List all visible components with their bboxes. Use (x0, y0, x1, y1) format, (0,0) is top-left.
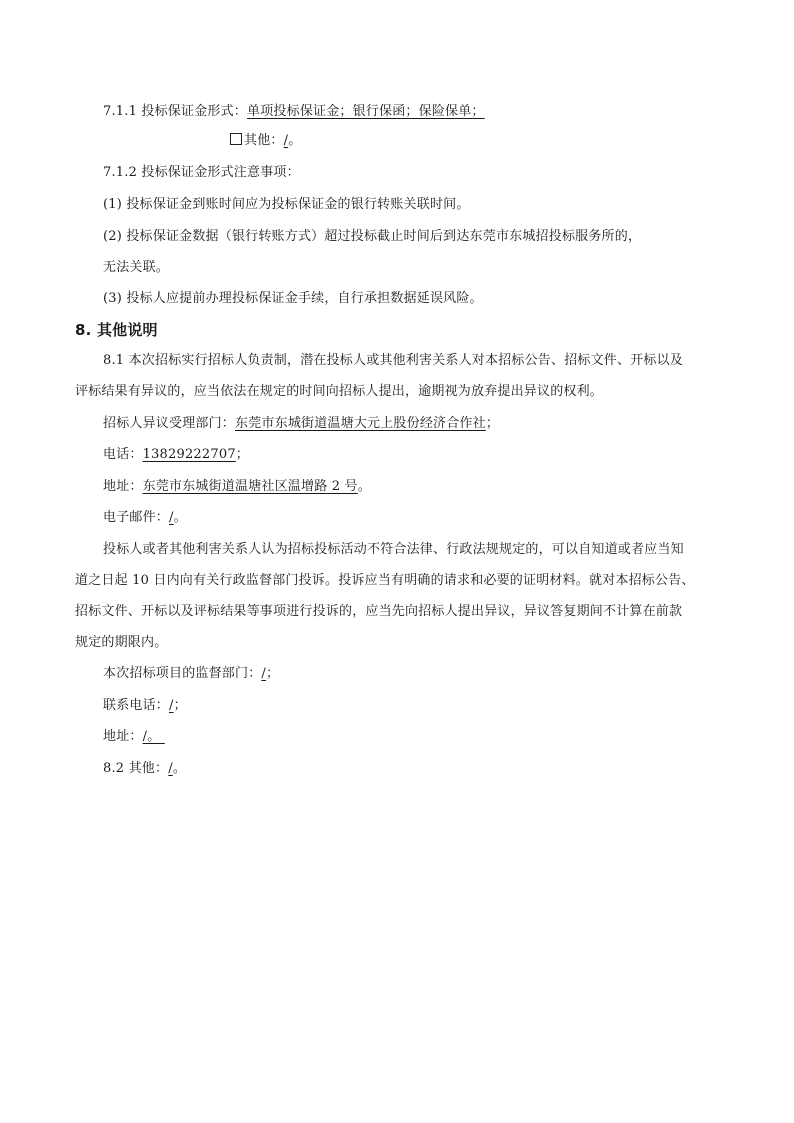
complaint-line-3: 招标文件、开标以及评标结果等事项进行投诉的，应当先向招标人提出异议，异议答复期间… (75, 603, 682, 621)
address-value: 东莞市东城街道温塘社区温增路 2 号 (143, 479, 358, 494)
bond-form-other-label: 其他： (244, 133, 284, 148)
address-label: 地址： (103, 479, 143, 494)
paragraph-8-2-line: 8.2 其他：/。 (103, 760, 186, 778)
bond-note-1: (1) 投标保证金到账时间应为投标保证金的银行转账关联时间。 (103, 196, 470, 214)
supervision-dept-label: 本次招标项目的监督部门： (103, 666, 261, 681)
phone-line: 电话：13829222707； (103, 446, 249, 464)
supervision-phone-label: 联系电话： (103, 698, 169, 713)
bond-form-other-line: 其他：/。 (230, 132, 301, 150)
email-label: 电子邮件： (103, 510, 169, 525)
objection-dept-value: 东莞市东城街道温塘大元上股份经济合作社 (235, 416, 486, 431)
supervision-phone-line: 联系电话：/； (103, 697, 187, 715)
complaint-line-2: 道之日起 10 日内向有关行政监督部门投诉。投诉应当有明确的请求和必要的证明材料… (75, 572, 695, 590)
section-8-heading: 8. 其他说明 (75, 320, 158, 340)
address-line: 地址：东莞市东城街道温塘社区温增路 2 号。 (103, 478, 371, 496)
objection-dept-suffix: ； (486, 416, 499, 431)
paragraph-8-1-line-1: 8.1 本次招标实行招标人负责制，潜在投标人或其他利害关系人对本招标公告、招标文… (103, 352, 683, 370)
bond-form-other-suffix: 。 (288, 133, 301, 148)
address-suffix: 。 (358, 479, 371, 494)
objection-dept-line: 招标人异议受理部门：东莞市东城街道温塘大元上股份经济合作社； (103, 415, 499, 433)
paragraph-8-1-line-2: 评标结果有异议的，应当依法在规定的时间向招标人提出，逾期视为放弃提出异议的权利。 (75, 383, 603, 401)
bond-form-line: 7.1.1 投标保证金形式：单项投标保证金；银行保函；保险保单； (103, 103, 485, 121)
supervision-phone-suffix: ； (174, 698, 187, 713)
bond-note-2: (2) 投标保证金数据（银行转账方式）超过投标截止时间后到达东莞市东城招投标服务… (103, 228, 641, 246)
bond-form-label: 7.1.1 投标保证金形式： (103, 104, 247, 119)
paragraph-8-2-label: 8.2 其他： (103, 761, 168, 776)
bond-form-value: 单项投标保证金；银行保函；保险保单； (247, 104, 485, 119)
bond-note-2-cont: 无法关联。 (103, 259, 169, 277)
supervision-address-line: 地址：/。 (103, 728, 165, 746)
bond-notes-title: 7.1.2 投标保证金形式注意事项： (103, 164, 300, 182)
bond-note-3: (3) 投标人应提前办理投标保证金手续，自行承担数据延误风险。 (103, 290, 483, 308)
supervision-address-label: 地址： (103, 729, 143, 744)
email-suffix: 。 (174, 510, 187, 525)
supervision-address-value: /。 (143, 729, 165, 744)
complaint-line-1: 投标人或者其他利害关系人认为招标投标活动不符合法律、行政法规规定的，可以自知道或… (103, 541, 684, 559)
email-line: 电子邮件：/。 (103, 509, 187, 527)
complaint-line-4: 规定的期限内。 (75, 634, 167, 652)
document-page: 7.1.1 投标保证金形式：单项投标保证金；银行保函；保险保单； 其他：/。 7… (0, 0, 794, 1123)
objection-dept-label: 招标人异议受理部门： (103, 416, 235, 431)
phone-suffix: ； (236, 447, 249, 462)
supervision-dept-suffix: ； (266, 666, 279, 681)
phone-label: 电话： (103, 447, 143, 462)
phone-value: 13829222707 (143, 447, 236, 462)
checkbox-icon (230, 133, 242, 145)
paragraph-8-2-suffix: 。 (173, 761, 186, 776)
supervision-dept-line: 本次招标项目的监督部门：/； (103, 665, 279, 683)
